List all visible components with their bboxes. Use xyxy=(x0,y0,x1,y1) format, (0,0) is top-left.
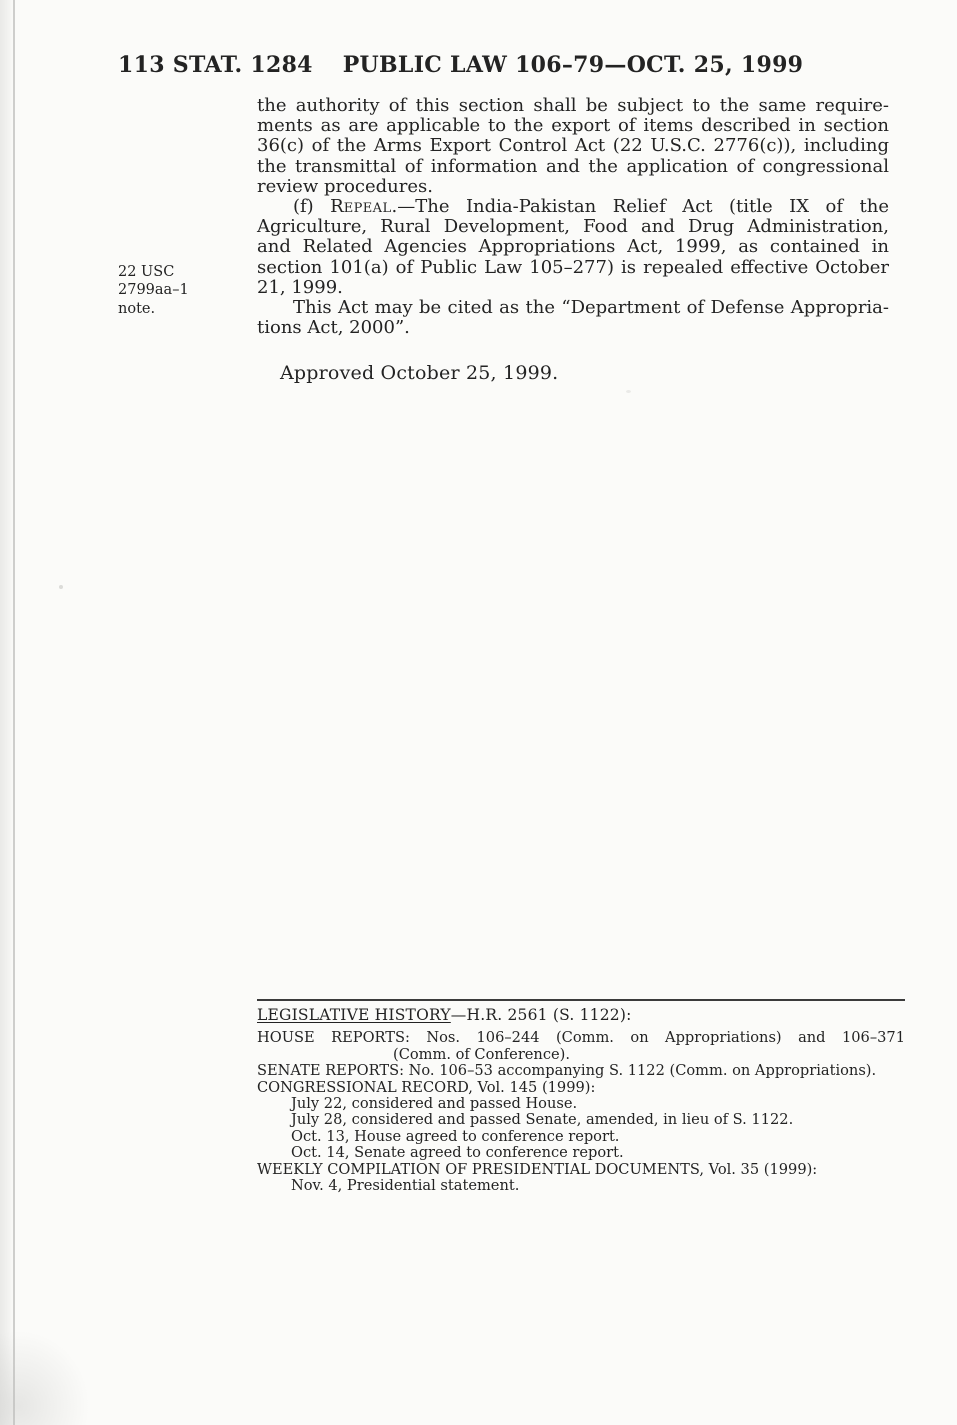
text-segment: .—The India-Pakistan Relief Act (title I… xyxy=(392,196,890,217)
text-segment: note. xyxy=(118,301,155,317)
body-line: Agriculture, Rural Development, Food and… xyxy=(257,217,889,237)
history-line: (Comm. of Conference). xyxy=(257,1047,905,1063)
text-segment: section 101(a) of Public Law 105–277) is… xyxy=(257,257,889,278)
text-segment: (f) R xyxy=(293,196,344,217)
body-line: review procedures. xyxy=(257,177,889,197)
history-line: Oct. 14, Senate agreed to conference rep… xyxy=(257,1145,905,1161)
history-line: July 28, considered and passed Senate, a… xyxy=(257,1112,905,1128)
text-segment: the authority of this section shall be s… xyxy=(257,95,889,116)
history-lines: HOUSE REPORTS: Nos. 106–244 (Comm. on Ap… xyxy=(257,1030,905,1194)
body-line: This Act may be cited as the “Department… xyxy=(257,298,889,318)
text-segment: WEEKLY COMPILATION OF PRESIDENTIAL DOCUM… xyxy=(257,1161,817,1178)
text-segment: review procedures. xyxy=(257,176,433,197)
text-segment: and Related Agencies Appropriations Act,… xyxy=(257,236,889,257)
approved-date: Approved October 25, 1999. xyxy=(280,362,558,384)
history-heading: LEGISLATIVE HISTORY—H.R. 2561 (S. 1122): xyxy=(257,1007,905,1023)
page-edge-shadow xyxy=(0,0,14,1425)
body-line: ments as are applicable to the export of… xyxy=(257,116,889,136)
body-line: the transmittal of information and the a… xyxy=(257,157,889,177)
text-segment: Oct. 14, Senate agreed to conference rep… xyxy=(291,1144,624,1161)
text-segment: Oct. 13, House agreed to conference repo… xyxy=(291,1128,619,1145)
text-segment: Nov. 4, Presidential statement. xyxy=(291,1177,519,1194)
text-segment: the transmittal of information and the a… xyxy=(257,156,889,177)
margin-note-line: 2799aa–1 xyxy=(118,281,253,299)
history-line: CONGRESSIONAL RECORD, Vol. 145 (1999): xyxy=(257,1080,905,1096)
scan-speck xyxy=(626,390,631,393)
legislative-history: LEGISLATIVE HISTORY—H.R. 2561 (S. 1122):… xyxy=(257,999,905,1194)
text-segment: tions Act, 2000”. xyxy=(257,317,410,338)
body-line: 21, 1999. xyxy=(257,278,889,298)
margin-note-line: note. xyxy=(118,300,253,318)
text-segment: epeal xyxy=(344,196,392,217)
text-segment: 2799aa–1 xyxy=(118,282,189,298)
text-segment: This Act may be cited as the “Department… xyxy=(293,297,889,318)
text-segment: SENATE REPORTS: No. 106–53 accompanying … xyxy=(257,1062,876,1079)
document-page: 113 STAT. 1284 PUBLIC LAW 106–79—OCT. 25… xyxy=(0,0,957,1425)
scan-speck xyxy=(59,585,63,589)
text-segment: HOUSE REPORTS: Nos. 106–244 (Comm. on Ap… xyxy=(257,1029,905,1046)
text-segment: ments as are applicable to the export of… xyxy=(257,115,889,136)
history-line: July 22, considered and passed House. xyxy=(257,1096,905,1112)
history-line: Oct. 13, House agreed to conference repo… xyxy=(257,1129,905,1145)
text-segment: July 22, considered and passed House. xyxy=(291,1095,577,1112)
history-line: SENATE REPORTS: No. 106–53 accompanying … xyxy=(257,1063,905,1079)
body-line: the authority of this section shall be s… xyxy=(257,96,889,116)
text-segment: 36(c) of the Arms Export Control Act (22… xyxy=(257,135,889,156)
text-segment: —H.R. 2561 (S. 1122): xyxy=(451,1006,632,1024)
text-segment: LEGISLATIVE HISTORY xyxy=(257,1006,451,1024)
history-line: Nov. 4, Presidential statement. xyxy=(257,1178,905,1194)
text-segment: (Comm. of Conference). xyxy=(393,1046,570,1063)
text-segment: July 28, considered and passed Senate, a… xyxy=(291,1111,793,1128)
body-line: section 101(a) of Public Law 105–277) is… xyxy=(257,258,889,278)
scan-smudge xyxy=(0,1330,90,1425)
body-line: and Related Agencies Appropriations Act,… xyxy=(257,237,889,257)
margin-note-line: 22 USC xyxy=(118,263,253,281)
margin-note: 22 USC2799aa–1note. xyxy=(118,263,253,318)
text-segment: 22 USC xyxy=(118,264,174,280)
text-segment: 21, 1999. xyxy=(257,277,343,298)
body-line: (f) Repeal.—The India-Pakistan Relief Ac… xyxy=(257,197,889,217)
history-rule xyxy=(257,999,905,1001)
text-segment: Agriculture, Rural Development, Food and… xyxy=(257,216,889,237)
body-text: the authority of this section shall be s… xyxy=(257,96,889,338)
law-title: PUBLIC LAW 106–79—OCT. 25, 1999 xyxy=(257,52,889,78)
body-line: tions Act, 2000”. xyxy=(257,318,889,338)
page-edge-line xyxy=(13,0,15,1425)
body-line: 36(c) of the Arms Export Control Act (22… xyxy=(257,136,889,156)
history-line: HOUSE REPORTS: Nos. 106–244 (Comm. on Ap… xyxy=(257,1030,905,1046)
text-segment: CONGRESSIONAL RECORD, Vol. 145 (1999): xyxy=(257,1079,595,1096)
history-line: WEEKLY COMPILATION OF PRESIDENTIAL DOCUM… xyxy=(257,1162,905,1178)
